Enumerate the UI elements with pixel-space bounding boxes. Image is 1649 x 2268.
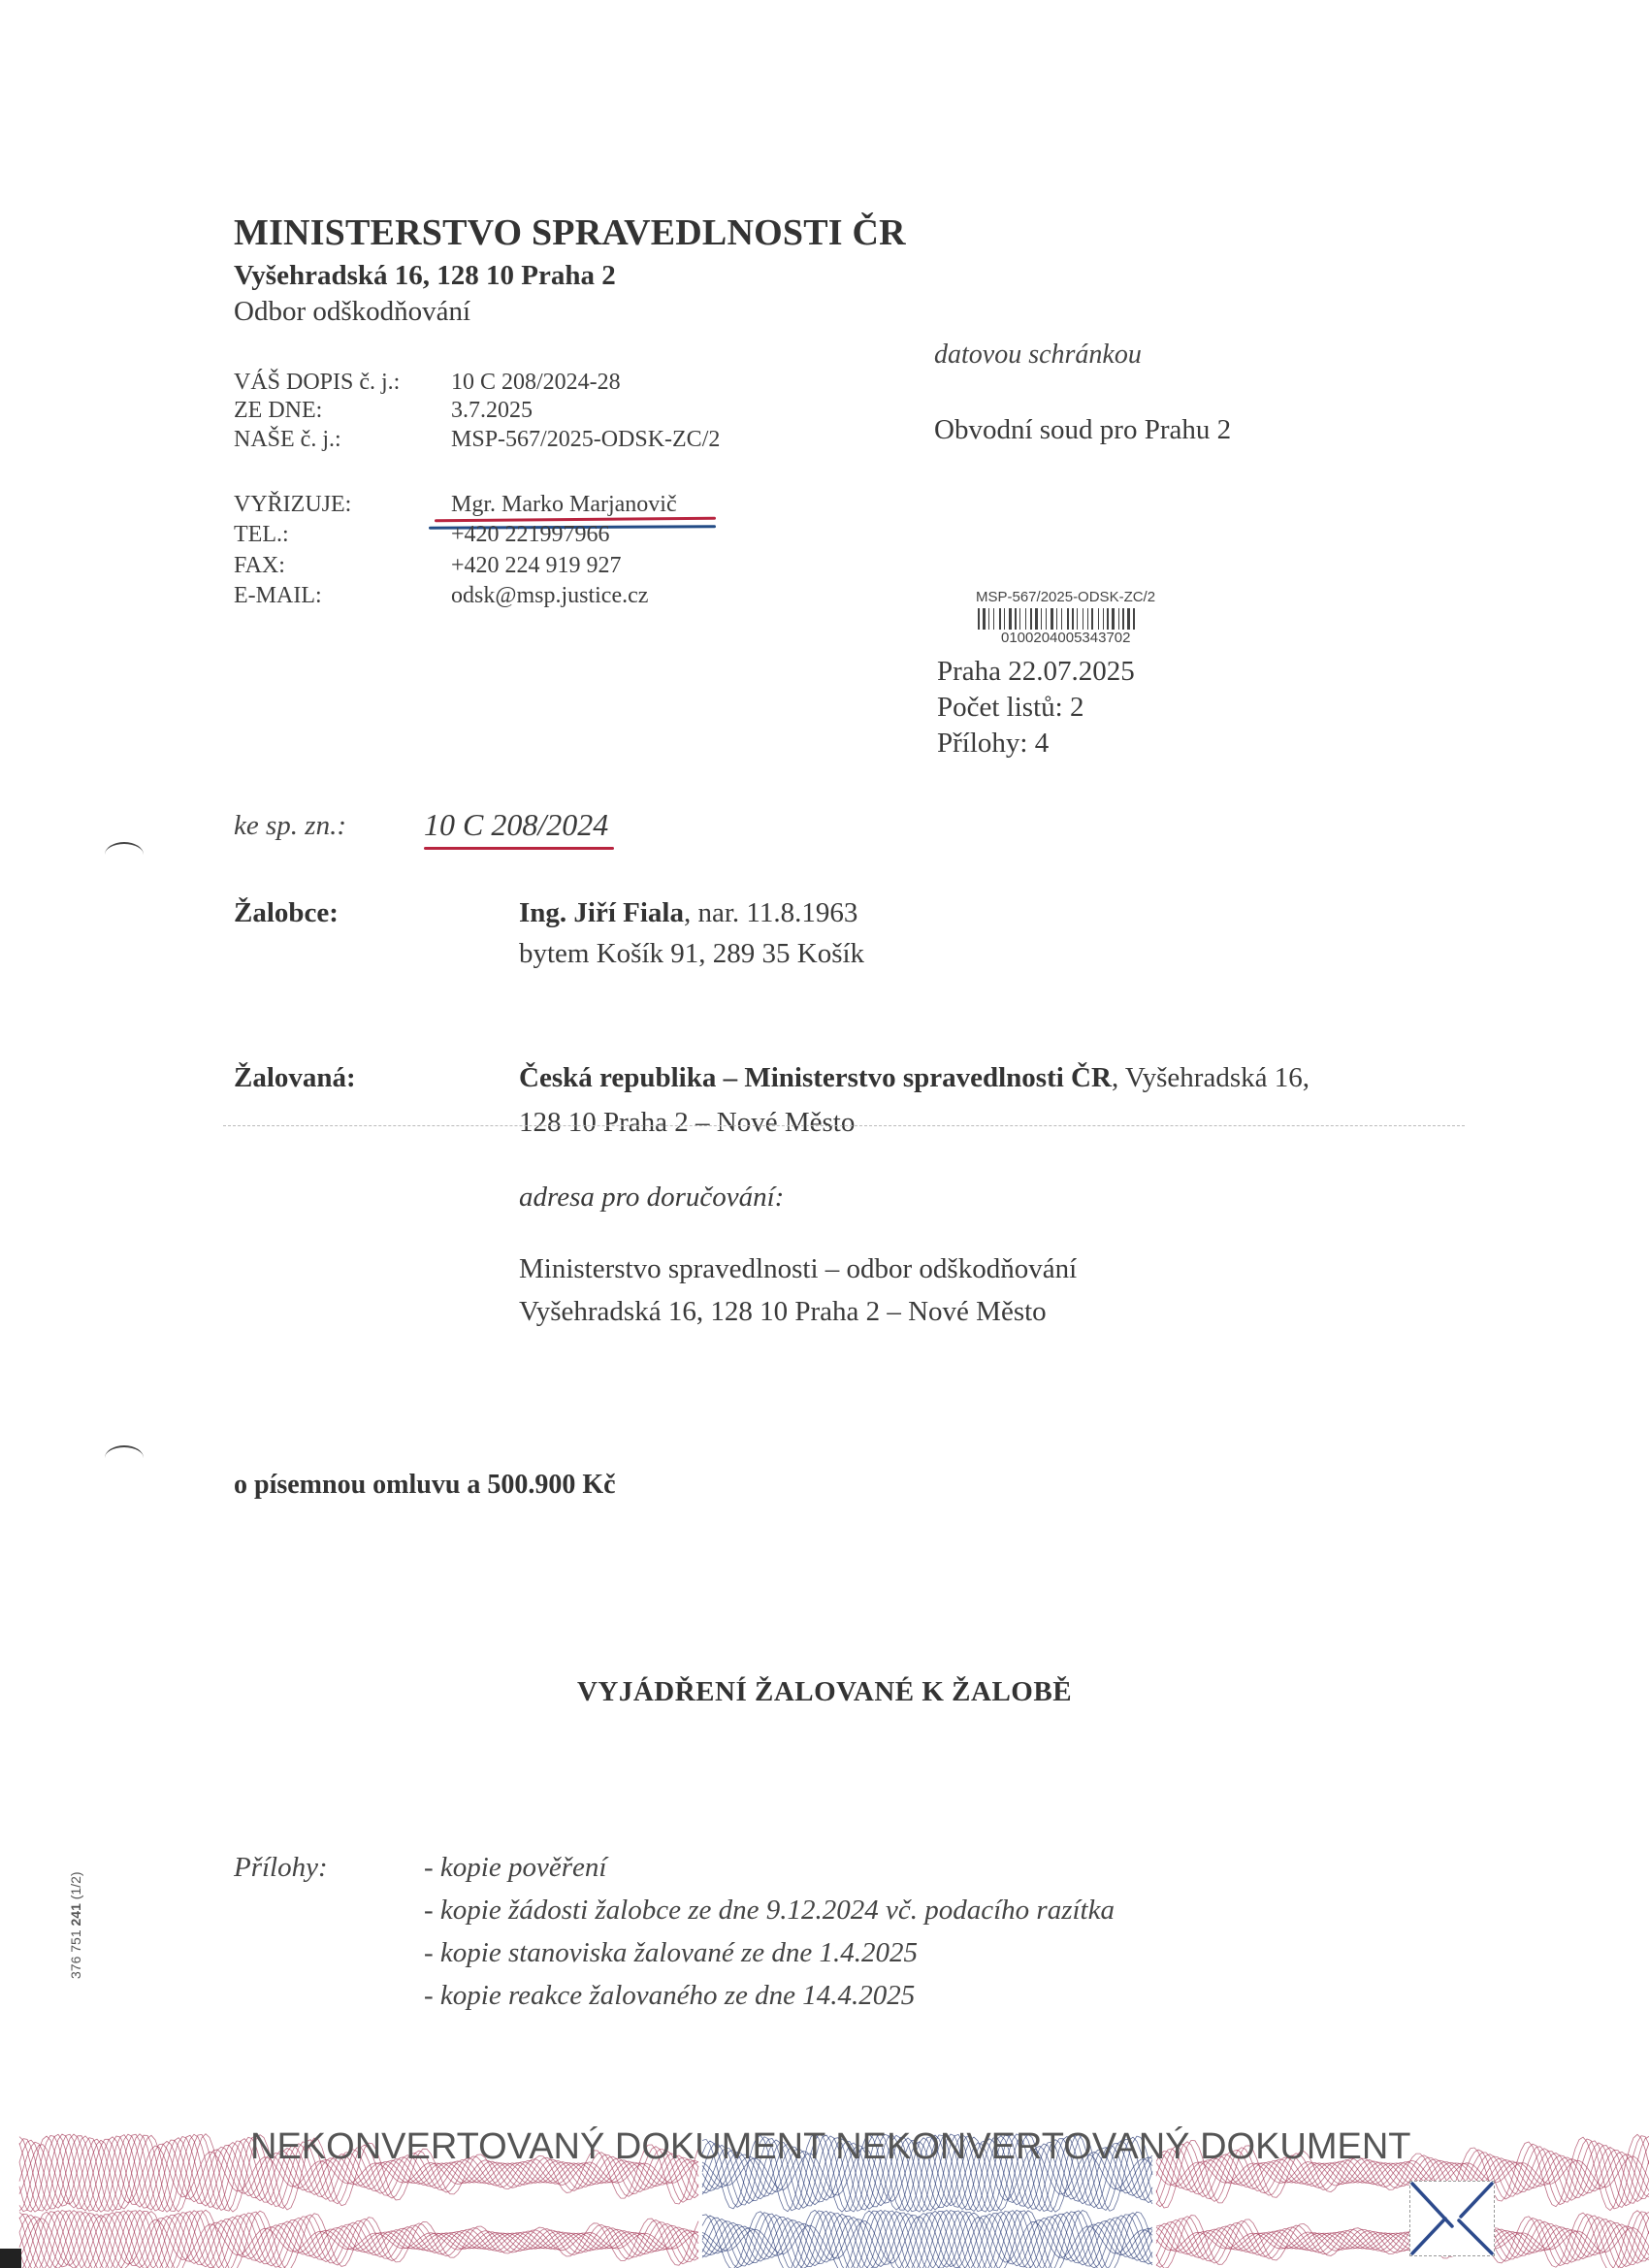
- email-link[interactable]: odsk@msp.justice.cz: [451, 583, 648, 609]
- reference-label: VÁŠ DOPIS č. j.:: [234, 370, 400, 396]
- punch-hole-mark: [105, 1445, 144, 1471]
- attachments-count: Přílohy: 4: [937, 728, 1049, 760]
- defendant-address: 128 10 Praha 2 – Nové Město: [519, 1107, 855, 1139]
- attachment-item: - kopie reakce žalovaného ze dne 14.4.20…: [424, 1980, 915, 2012]
- side-serial-number: 376 751 241 (1/2): [68, 1871, 83, 1979]
- punch-hole-mark: [105, 842, 144, 867]
- attachment-item: - kopie pověření: [424, 1852, 606, 1884]
- department-name: Odbor odškodňování: [234, 296, 470, 328]
- reference-value: MSP-567/2025-ODSK-ZC/2: [451, 427, 720, 453]
- watermark-text: NEKONVERTOVANÝ DOKUMENT NEKONVERTOVANÝ D…: [250, 2126, 1411, 2168]
- serial-bold-part: 241: [68, 1903, 83, 1926]
- reference-label: ZE DNE:: [234, 398, 322, 424]
- defendant-label: Žalovaná:: [234, 1062, 356, 1094]
- phone-value: +420 221997966: [451, 522, 610, 548]
- contact-label: E-MAIL:: [234, 583, 322, 609]
- claim-subject: o písemnou omluvu a 500.900 Kč: [234, 1470, 616, 1501]
- plaintiff-address: bytem Košík 91, 289 35 Košík: [519, 938, 864, 970]
- barcode-image: [978, 608, 1172, 630]
- serial-part: 376 751: [68, 1927, 83, 1980]
- attachment-item: - kopie stanoviska žalované ze dne 1.4.2…: [424, 1937, 918, 1969]
- serial-part: (1/2): [68, 1871, 83, 1903]
- delivery-address-label: adresa pro doručování:: [519, 1182, 784, 1214]
- contact-label: VYŘIZUJE:: [234, 492, 351, 518]
- attachments-label: Přílohy:: [234, 1852, 328, 1884]
- delivery-method: datovou schránkou: [934, 340, 1142, 371]
- delivery-address-line: Vyšehradská 16, 128 10 Praha 2 – Nové Mě…: [519, 1296, 1047, 1328]
- defendant-identity: Česká republika – Ministerstvo spravedln…: [519, 1062, 1309, 1094]
- defendant-address-start: , Vyšehradská 16,: [1112, 1062, 1309, 1093]
- sheet-count: Počet listů: 2: [937, 692, 1083, 724]
- handler-name: Mgr. Marko Marjanovič: [451, 492, 677, 518]
- defendant-name: Česká republika – Ministerstvo spravedln…: [519, 1062, 1112, 1093]
- organization-name: MINISTERSTVO SPRAVEDLNOSTI ČR: [234, 211, 906, 254]
- contact-label: TEL.:: [234, 522, 289, 548]
- fax-value: +420 224 919 927: [451, 553, 622, 579]
- place-date: Praha 22.07.2025: [937, 656, 1135, 688]
- plaintiff-name: Ing. Jiří Fiala: [519, 897, 684, 928]
- case-reference-label: ke sp. zn.:: [234, 810, 346, 842]
- attachment-item: - kopie žádosti žalobce ze dne 9.12.2024…: [424, 1895, 1115, 1927]
- scan-edge-shadow: [0, 2249, 21, 2268]
- document-title: VYJÁDŘENÍ ŽALOVANÉ K ŽALOBĚ: [0, 1676, 1649, 1708]
- reference-label: NAŠE č. j.:: [234, 427, 341, 453]
- paper-fold-line: [223, 1125, 1465, 1127]
- reference-value: 3.7.2025: [451, 398, 533, 424]
- reference-value: 10 C 208/2024-28: [451, 370, 621, 396]
- contact-label: FAX:: [234, 553, 285, 579]
- plaintiff-label: Žalobce:: [234, 897, 339, 929]
- plaintiff-identity: Ing. Jiří Fiala, nar. 11.8.1963: [519, 897, 857, 929]
- barcode-reference: MSP-567/2025-ODSK-ZC/2: [976, 589, 1155, 605]
- recipient-name: Obvodní soud pro Prahu 2: [934, 414, 1231, 446]
- envelope-icon: [1409, 2181, 1495, 2256]
- organization-address: Vyšehradská 16, 128 10 Praha 2: [234, 260, 616, 292]
- barcode-number: 0100204005343702: [1001, 630, 1130, 646]
- case-reference-value: 10 C 208/2024: [424, 807, 608, 843]
- plaintiff-birth: , nar. 11.8.1963: [684, 897, 857, 928]
- red-pen-underline: [424, 847, 614, 850]
- delivery-address-line: Ministerstvo spravedlnosti – odbor odško…: [519, 1253, 1077, 1285]
